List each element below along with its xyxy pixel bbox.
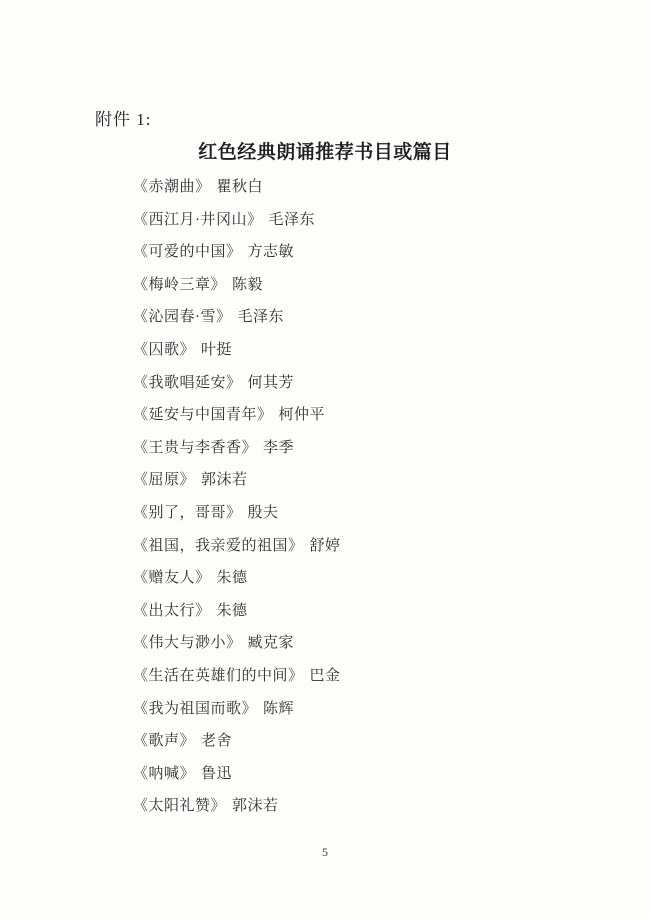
- page-number: 5: [0, 845, 650, 860]
- work-title: 《出太行》: [133, 595, 211, 628]
- attachment-label: 附件 1:: [95, 105, 151, 130]
- list-item: 《屈原》郭沫若: [133, 464, 341, 497]
- work-title: 《屈原》: [133, 464, 195, 497]
- work-author: 柯仲平: [279, 399, 326, 432]
- work-author: 方志敏: [248, 236, 295, 269]
- work-title: 《可爱的中国》: [133, 236, 242, 269]
- list-item: 《赤潮曲》瞿秋白: [133, 171, 341, 204]
- work-title: 《赤潮曲》: [133, 171, 211, 204]
- work-author: 巴金: [310, 660, 341, 693]
- list-item: 《可爱的中国》方志敏: [133, 236, 341, 269]
- work-author: 陈毅: [232, 269, 263, 302]
- work-title: 《我歌唱延安》: [133, 367, 242, 400]
- list-item: 《呐喊》鲁迅: [133, 758, 341, 791]
- work-title: 《梅岭三章》: [133, 269, 226, 302]
- work-title: 《呐喊》: [133, 758, 195, 791]
- work-title: 《太阳礼赞》: [133, 790, 226, 823]
- work-title: 《延安与中国青年》: [133, 399, 273, 432]
- book-list: 《赤潮曲》瞿秋白 《西江月·井冈山》毛泽东 《可爱的中国》方志敏 《梅岭三章》陈…: [133, 171, 341, 823]
- work-title: 《我为祖国而歌》: [133, 693, 257, 726]
- list-item: 《太阳礼赞》郭沫若: [133, 790, 341, 823]
- list-item: 《王贵与李香香》李季: [133, 432, 341, 465]
- work-title: 《赠友人》: [133, 562, 211, 595]
- work-title: 《王贵与李香香》: [133, 432, 257, 465]
- work-title: 《伟大与渺小》: [133, 627, 242, 660]
- list-item: 《生活在英雄们的中间》巴金: [133, 660, 341, 693]
- list-item: 《我歌唱延安》何其芳: [133, 367, 341, 400]
- list-item: 《别了，哥哥》殷夫: [133, 497, 341, 530]
- list-item: 《延安与中国青年》柯仲平: [133, 399, 341, 432]
- work-author: 李季: [263, 432, 294, 465]
- work-author: 毛泽东: [269, 204, 316, 237]
- work-author: 郭沫若: [201, 464, 248, 497]
- work-title: 《囚歌》: [133, 334, 195, 367]
- work-title: 《歌声》: [133, 725, 195, 758]
- list-item: 《西江月·井冈山》毛泽东: [133, 204, 341, 237]
- work-title: 《生活在英雄们的中间》: [133, 660, 304, 693]
- list-item: 《我为祖国而歌》陈辉: [133, 693, 341, 726]
- list-item: 《囚歌》叶挺: [133, 334, 341, 367]
- list-item: 《歌声》老舍: [133, 725, 341, 758]
- work-author: 老舍: [201, 725, 232, 758]
- document-page: 附件 1: 红色经典朗诵推荐书目或篇目 《赤潮曲》瞿秋白 《西江月·井冈山》毛泽…: [0, 0, 650, 919]
- work-author: 何其芳: [248, 367, 295, 400]
- list-item: 《出太行》朱德: [133, 595, 341, 628]
- work-author: 鲁迅: [201, 758, 232, 791]
- work-title: 《西江月·井冈山》: [133, 204, 263, 237]
- work-title: 《沁园春·雪》: [133, 301, 232, 334]
- page-title: 红色经典朗诵推荐书目或篇目: [0, 137, 650, 164]
- list-item: 《沁园春·雪》毛泽东: [133, 301, 341, 334]
- work-author: 毛泽东: [238, 301, 285, 334]
- work-author: 殷夫: [248, 497, 279, 530]
- work-author: 瞿秋白: [217, 171, 264, 204]
- work-author: 朱德: [217, 562, 248, 595]
- list-item: 《梅岭三章》陈毅: [133, 269, 341, 302]
- list-item: 《伟大与渺小》臧克家: [133, 627, 341, 660]
- list-item: 《赠友人》朱德: [133, 562, 341, 595]
- work-author: 舒婷: [310, 530, 341, 563]
- work-author: 陈辉: [263, 693, 294, 726]
- work-author: 朱德: [217, 595, 248, 628]
- work-title: 《别了，哥哥》: [133, 497, 242, 530]
- work-author: 叶挺: [201, 334, 232, 367]
- work-title: 《祖国，我亲爱的祖国》: [133, 530, 304, 563]
- work-author: 臧克家: [248, 627, 295, 660]
- list-item: 《祖国，我亲爱的祖国》舒婷: [133, 530, 341, 563]
- work-author: 郭沫若: [232, 790, 279, 823]
